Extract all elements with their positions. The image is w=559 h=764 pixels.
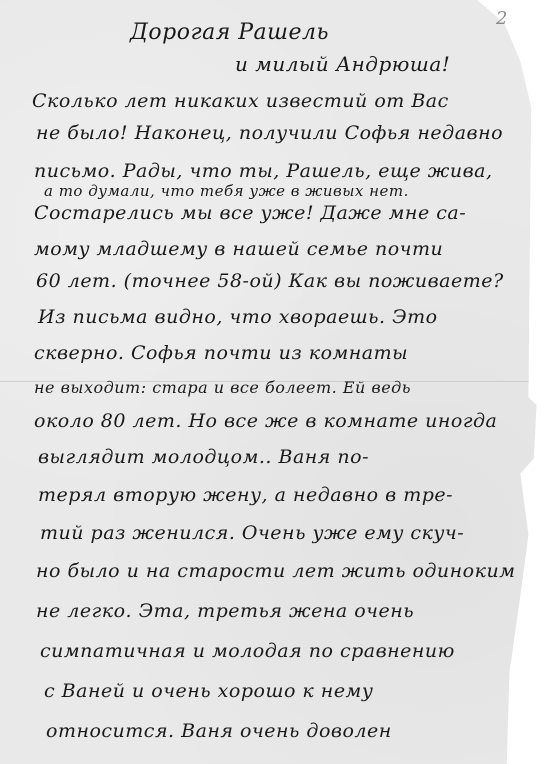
letter-line: терял вторую жену, а недавно в тре- bbox=[38, 484, 453, 506]
letter-line: но было и на старости лет жить одиноким bbox=[36, 560, 515, 582]
letter-line: не легко. Эта, третья жена очень bbox=[36, 600, 414, 622]
page-number: 2 bbox=[496, 8, 507, 29]
letter-line: не было! Наконец, получили Софья недавно bbox=[36, 122, 503, 144]
salutation-line-2: и милый Андрюша! bbox=[235, 52, 450, 76]
letter-line: относится. Ваня очень доволен bbox=[46, 720, 392, 742]
letter-line: 60 лет. (точнее 58-ой) Как вы поживаете? bbox=[36, 270, 504, 292]
letter-line: скверно. Софья почти из комнаты bbox=[34, 342, 408, 364]
letter-line: симпатичная и молодая по сравнению bbox=[40, 640, 455, 662]
letter-line: а то думали, что тебя уже в живых нет. bbox=[44, 182, 409, 200]
letter-line: тий раз женился. Очень уже ему скуч- bbox=[40, 522, 464, 544]
salutation-line-1: Дорогая Рашель bbox=[130, 20, 329, 45]
letter-line: письмо. Рады, что ты, Рашель, еще жива, bbox=[34, 160, 493, 182]
letter-line: с Ваней и очень хорошо к нему bbox=[44, 680, 373, 702]
letter-line: около 80 лет. Но все же в комнате иногда bbox=[34, 410, 497, 432]
letter-line: не выходит: стара и все болеет. Ей ведь bbox=[34, 378, 411, 397]
letter-line: Состарелись мы все уже! Даже мне са- bbox=[34, 202, 466, 224]
letter-line: мому младшему в нашей семье почти bbox=[34, 238, 443, 260]
letter-line: Из письма видно, что хвораешь. Это bbox=[38, 306, 438, 328]
letter-line: выглядит молодцом.. Ваня по- bbox=[38, 446, 369, 468]
letter-line: Сколько лет никаких известий от Вас bbox=[32, 90, 449, 112]
